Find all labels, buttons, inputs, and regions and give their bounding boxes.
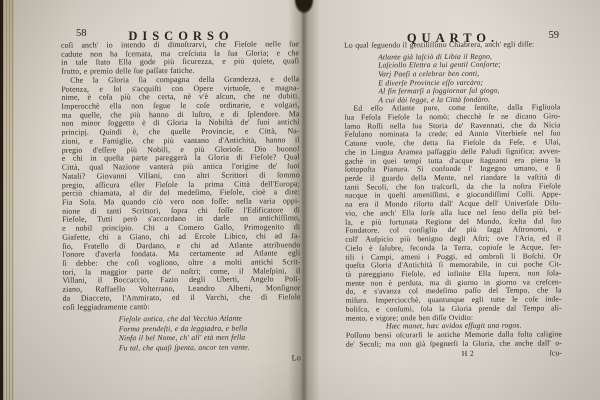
photo-left-shadow xyxy=(0,0,3,400)
signature-mark: H 2 xyxy=(422,350,474,359)
catchword: ſcu- xyxy=(550,350,562,359)
gutter-shadow xyxy=(288,0,320,400)
right-page-number: 59 xyxy=(549,30,560,41)
text-line: Lo qual ſeguendo il gentiliſſimo Chiabre… xyxy=(344,40,560,50)
left-page-text: coſì anch' io intendo di dimoſtrarvi, ch… xyxy=(61,40,301,364)
binding-notch xyxy=(294,0,314,14)
book-spread-photo: 58 DISCORSO coſì anch' io intendo di dim… xyxy=(0,0,600,400)
text-line: de' Secoli; ma non già ſpegnerſi la Glor… xyxy=(346,339,562,349)
right-page: QUARTO. 59 Lo qual ſeguendo il gentiliſſ… xyxy=(302,0,600,400)
left-page: 58 DISCORSO coſì anch' io intendo di dim… xyxy=(14,0,302,400)
text-line: coſì leggiadramente cantò: xyxy=(63,302,301,312)
text-line: H 2ſcu- xyxy=(346,350,562,360)
text-line: da Diacceto, l'Ammirato, ed il Varchi, c… xyxy=(63,293,301,303)
right-page-text: Lo qual ſeguendo il gentiliſſimo Chiabre… xyxy=(344,40,562,359)
text-line: Fu tal, che quaſi ſpenta, ancor ten vant… xyxy=(119,342,301,353)
text-line: Lo xyxy=(63,355,301,365)
left-page-number: 58 xyxy=(76,28,87,39)
